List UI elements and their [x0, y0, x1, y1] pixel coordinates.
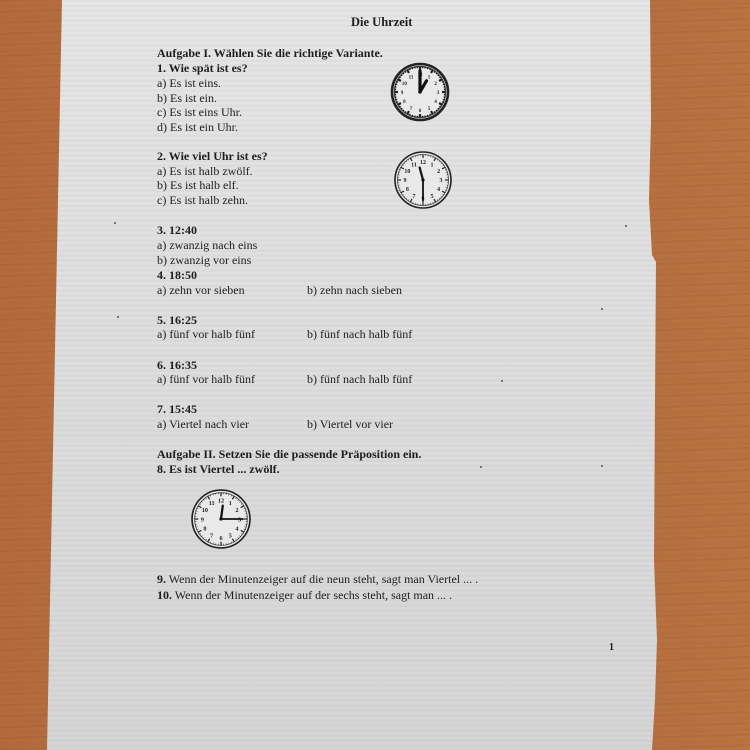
scan-speck	[114, 222, 116, 224]
q2-question: 2. Wie viel Uhr ist es?	[157, 149, 268, 164]
q4-option-b: b) zehn nach sieben	[307, 283, 402, 298]
svg-text:9: 9	[201, 516, 204, 523]
svg-text:1: 1	[229, 500, 232, 507]
worksheet-paper: Die Uhrzeit Aufgabe I. Wählen Sie die ri…	[0, 0, 750, 750]
svg-text:10: 10	[402, 82, 408, 87]
q9-number: 9.	[157, 572, 166, 586]
q5-option-b: b) fünf nach halb fünf	[307, 327, 412, 342]
svg-text:2: 2	[236, 507, 239, 514]
svg-text:7: 7	[210, 532, 213, 539]
document-title: Die Uhrzeit	[351, 15, 412, 30]
clock-icon-q2: 121234567891011	[393, 150, 453, 210]
q10-number: 10.	[157, 588, 172, 602]
q3-question: 3. 12:40	[157, 223, 197, 238]
svg-text:10: 10	[404, 169, 410, 175]
q4-question: 4. 18:50	[157, 268, 197, 283]
svg-text:8: 8	[203, 526, 206, 533]
q1-option-c: c) Es ist eins Uhr.	[157, 105, 242, 120]
q7-question: 7. 15:45	[157, 402, 197, 417]
svg-text:1: 1	[431, 163, 434, 169]
q10-statement: 10. Wenn der Minutenzeiger auf der sechs…	[157, 588, 452, 603]
svg-text:4: 4	[236, 526, 239, 533]
q1-option-a: a) Es ist eins.	[157, 76, 221, 91]
svg-text:6: 6	[219, 535, 222, 542]
scan-speck	[601, 308, 603, 310]
q3-option-a: a) zwanzig nach eins	[157, 238, 257, 253]
scan-speck	[501, 380, 503, 382]
q1-option-d: d) Es ist ein Uhr.	[157, 120, 238, 135]
clock-icon-q1: 121234567891011	[390, 62, 450, 122]
q2-option-a: a) Es ist halb zwölf.	[157, 164, 253, 179]
q6-option-a: a) fünf vor halb fünf	[157, 372, 255, 387]
svg-text:2: 2	[437, 169, 440, 175]
svg-text:3: 3	[440, 178, 443, 184]
q7-option-a: a) Viertel nach vier	[157, 417, 249, 432]
q3-option-b: b) zwanzig vor eins	[157, 253, 251, 268]
q5-option-a: a) fünf vor halb fünf	[157, 327, 255, 342]
q6-option-b: b) fünf nach halb fünf	[307, 372, 412, 387]
q9-statement: 9. Wenn der Minutenzeiger auf die neun s…	[157, 572, 478, 587]
svg-text:5: 5	[229, 532, 232, 539]
q2-option-c: c) Es ist halb zehn.	[157, 193, 248, 208]
svg-text:11: 11	[411, 163, 417, 169]
q10-text: Wenn der Minutenzeiger auf der sechs ste…	[172, 588, 452, 602]
scan-speck	[117, 316, 119, 318]
q6-question: 6. 16:35	[157, 358, 197, 373]
scan-speck	[601, 465, 603, 467]
task2-heading: Aufgabe II. Setzen Sie die passende Präp…	[157, 447, 421, 462]
q2-option-b: b) Es ist halb elf.	[157, 178, 239, 193]
q4-option-a: a) zehn vor sieben	[157, 283, 245, 298]
svg-text:9: 9	[404, 178, 407, 184]
svg-text:4: 4	[437, 187, 440, 193]
clock-icon-q8: 121234567891011	[190, 488, 252, 550]
svg-text:5: 5	[431, 194, 434, 200]
q9-text: Wenn der Minutenzeiger auf die neun steh…	[166, 572, 478, 586]
scan-speck	[480, 466, 482, 468]
svg-text:8: 8	[406, 187, 409, 193]
q5-question: 5. 16:25	[157, 313, 197, 328]
q8-question: 8. Es ist Viertel ... zwölf.	[157, 462, 280, 477]
svg-text:12: 12	[420, 160, 426, 166]
svg-text:12: 12	[218, 498, 224, 505]
q1-question: 1. Wie spät ist es?	[157, 61, 248, 76]
q7-option-b: b) Viertel vor vier	[307, 417, 393, 432]
task1-heading: Aufgabe I. Wählen Sie die richtige Varia…	[157, 46, 383, 61]
scan-speck	[625, 225, 627, 227]
q1-option-b: b) Es ist ein.	[157, 91, 217, 106]
page-number: 1	[609, 641, 614, 656]
svg-text:11: 11	[209, 500, 215, 507]
svg-text:11: 11	[409, 76, 414, 81]
svg-text:7: 7	[413, 194, 416, 200]
svg-text:10: 10	[202, 507, 208, 514]
